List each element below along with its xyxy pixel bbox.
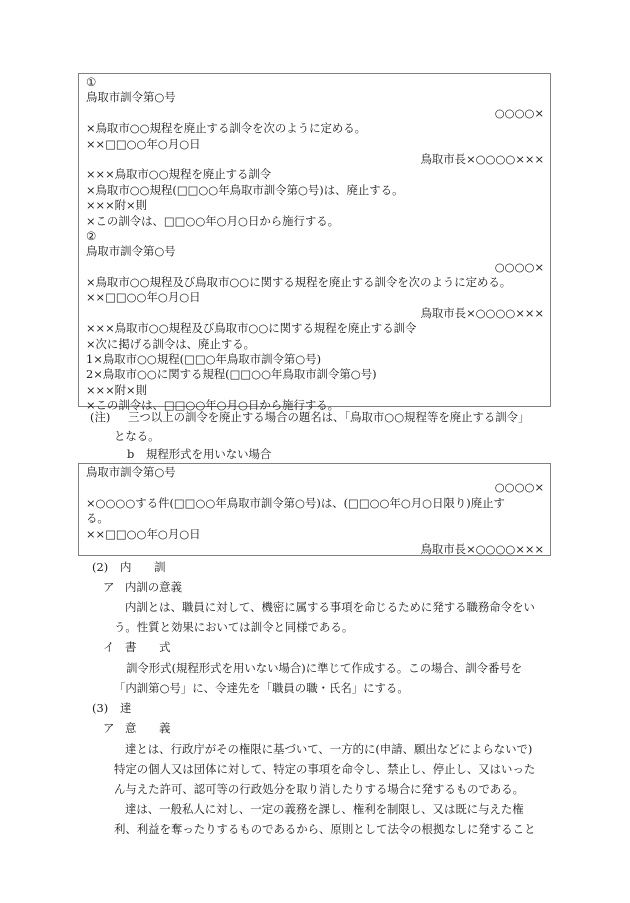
section3-a-para: 達とは、行政庁がその権限に基づいて、一方的に(申請、願出などによらないで) [125, 740, 532, 759]
section3-a-para: 特定の個人又は団体に対して、特定の事項を命令し、禁止し、停止し、又はいった [114, 760, 535, 779]
section3-a-para: ん与えた許可、認可等の行政処分を取り消したりする場合に発するものである。 [114, 780, 524, 799]
subheading-b-title: 規程形式を用いない場合 [146, 446, 271, 463]
section3-a-title: 意 義 [125, 719, 171, 738]
box1-line: ×この訓令は、□□○○年○月○日から施行する。 [86, 214, 544, 229]
section3-a-para: 利、利益を奪ったりするものであるから、原則として法令の根拠なしに発すること [114, 820, 535, 839]
section2-i-title: 書 式 [125, 638, 171, 657]
section3-title: 達 [120, 699, 131, 718]
section2-a-marker: ア [103, 578, 114, 597]
section2-title: 内 訓 [120, 558, 166, 577]
box1-line: ○○○○× [86, 260, 544, 275]
box1-line: ×鳥取市○○規程及び鳥取市○○に関する規程を廃止する訓令を次のように定める。 [86, 275, 544, 290]
section2-a-para: 内訓とは、職員に対して、機密に属する事項を命じるために発する職務命令をい [125, 598, 535, 617]
box1-line: 1×鳥取市○○規程(□□○年鳥取市訓令第○号) [86, 352, 544, 367]
box1-line: ×××鳥取市○○規程及び鳥取市○○に関する規程を廃止する訓令 [86, 321, 544, 336]
section2-i-para: 訓令形式(規程形式を用いない場合)に準じて作成する。この場合、訓令番号を [126, 659, 522, 678]
box2-line: ○○○○× [86, 480, 544, 495]
box1-line: ×鳥取市○○規程(□□○○年鳥取市訓令第○号)は、廃止する。 [86, 183, 544, 198]
example-box-1: ① 鳥取市訓令第○号 ○○○○× ×鳥取市○○規程を廃止する訓令を次のように定め… [78, 73, 551, 407]
box2-line: ××□□○○年○月○日 [86, 527, 544, 542]
box1-line: 鳥取市訓令第○号 [86, 244, 544, 259]
box1-line: ××□□○○年○月○日 [86, 137, 544, 152]
section2-number: (2) [92, 558, 108, 577]
section3-number: (3) [92, 699, 108, 718]
box1-line: ② [86, 229, 544, 244]
box1-line: 鳥取市長×○○○○××× [86, 152, 544, 167]
box2-line: る。 [86, 511, 544, 526]
box1-line: ×××附×則 [86, 383, 544, 398]
box1-line: 2×鳥取市○○に関する規程(□□○○年鳥取市訓令第○号) [86, 367, 544, 382]
note-label: (注) [90, 408, 110, 427]
section3-a-marker: ア [103, 719, 114, 738]
box1-line: ×鳥取市○○規程を廃止する訓令を次のように定める。 [86, 121, 544, 136]
box2-line: ×○○○○する件(□□○○年鳥取市訓令第○号)は、(□□○○年○月○日限り)廃止… [86, 496, 544, 511]
box1-line: ○○○○× [86, 106, 544, 121]
box1-line: 鳥取市長×○○○○××× [86, 306, 544, 321]
box2-line: 鳥取市長×○○○○××× [86, 542, 544, 557]
example-box-2: 鳥取市訓令第○号 ○○○○× ×○○○○する件(□□○○年鳥取市訓令第○号)は、… [78, 463, 551, 556]
section2-a-para: う。性質と効果においては訓令と同様である。 [114, 618, 353, 637]
box1-line: ① [86, 75, 544, 90]
box1-line: ×××鳥取市○○規程を廃止する訓令 [86, 167, 544, 182]
section3-a-para: 達は、一般私人に対し、一定の義務を課し、権利を制限し、又は既に与えた権 [125, 800, 524, 819]
note-text-line1: 三つ以上の訓令を廃止する場合の題名は、「鳥取市○○規程等を廃止する訓令」 [128, 408, 529, 427]
section2-i-para: 「内訓第○号」に、令達先を「職員の職・氏名」にする。 [114, 679, 409, 698]
note-text-line2: となる。 [114, 427, 160, 446]
box1-line: 鳥取市訓令第○号 [86, 90, 544, 105]
box1-line: ×次に掲げる訓令は、廃止する。 [86, 337, 544, 352]
subheading-b-marker: b [127, 446, 134, 463]
section2-a-title: 内訓の意義 [125, 578, 182, 597]
box2-line: 鳥取市訓令第○号 [86, 465, 544, 480]
box1-line: ××□□○○年○月○日 [86, 290, 544, 305]
box1-line: ×××附×則 [86, 198, 544, 213]
section2-i-marker: イ [103, 638, 114, 657]
